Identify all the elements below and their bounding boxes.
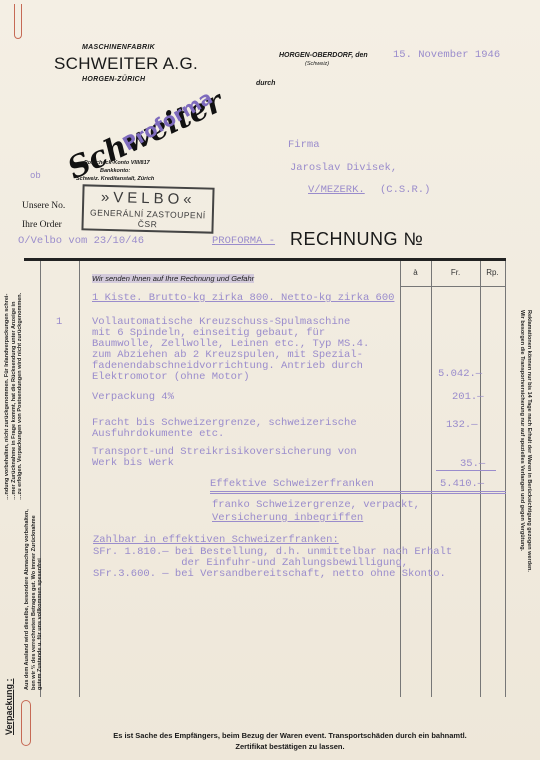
intro-text: Wir senden Ihnen auf Ihre Rechnung und G… xyxy=(92,274,254,283)
grid-line xyxy=(505,261,506,697)
durch-label: durch xyxy=(256,80,275,87)
bank-name: Schweiz. Kreditanstalt, Zürich xyxy=(76,176,154,182)
payment-line: SFr.3.600. — bei Versandbereitschaft, ne… xyxy=(93,569,446,580)
right-side-note: Reklamationen können nur bis 14 Tage nac… xyxy=(519,310,532,630)
item-description: Vollautomatische Kreuzschuss-Spulmaschin… xyxy=(92,317,369,383)
insurance-label: Transport-und Streikrisikoversicherung v… xyxy=(92,447,357,469)
paper-clip-mark-bottom xyxy=(21,700,31,746)
freight-amount: 132.— xyxy=(446,420,478,431)
letterhead-maschinenfabrik: MASCHINENFABRIK xyxy=(82,44,155,51)
footer-line: Es ist Sache des Empfängers, beim Bezug … xyxy=(40,730,540,741)
left-side-note-bottom: Aus dem Ausland wird dieselbe, besondere… xyxy=(24,490,44,690)
left-side-note-top: …ndung vorbehalten, nicht zurückgenommen… xyxy=(4,260,24,500)
place-label: HORGEN-OBERDORF, den xyxy=(279,52,368,59)
header-rule xyxy=(400,286,505,287)
letterhead-location: HORGEN-ZÜRICH xyxy=(82,76,145,83)
total-double-rule xyxy=(210,491,506,494)
proforma-prefix: PROFORMA - xyxy=(212,236,275,247)
grid-line xyxy=(400,261,401,697)
recipient-city: V/MEZERK. xyxy=(308,185,365,196)
column-header-rappen: Rp. xyxy=(480,268,505,277)
velbo-stamp-line1: »VELBO« xyxy=(84,188,212,208)
item-quantity: 1 xyxy=(56,317,62,328)
postcheck-konto: Postcheck-Konto VIII/817 xyxy=(84,160,150,166)
description-line: Elektromotor (ohne Motor) xyxy=(92,372,369,383)
recipient-country: (C.S.R.) xyxy=(380,185,430,196)
total-amount: 5.410.— xyxy=(440,479,484,490)
recipient-name: Jaroslav Divisek, xyxy=(290,163,397,174)
verpackung-heading: Verpackung : xyxy=(6,678,13,735)
grid-line xyxy=(79,261,80,697)
ihre-order-label: Ihre Order xyxy=(22,220,62,230)
package-line: 1 Kiste. Brutto-kg zirka 800. Netto-kg z… xyxy=(92,293,394,304)
terms-line: Versicherung inbegriffen xyxy=(212,513,363,524)
packaging-amount: 201.— xyxy=(452,392,484,403)
total-label: Effektive Schweizerfranken xyxy=(210,479,374,490)
packaging-label: Verpackung 4% xyxy=(92,392,174,403)
recipient-firma: Firma xyxy=(288,140,320,151)
margin-note: ob xyxy=(30,171,41,182)
paper-clip-mark xyxy=(14,4,22,39)
column-header-francs: Fr. xyxy=(431,268,480,277)
machine-amount: 5.042.— xyxy=(438,369,482,380)
bank-label: Bankkonto: xyxy=(100,168,130,174)
table-top-rule xyxy=(24,258,506,261)
country-label: (Schweiz) xyxy=(305,61,329,67)
insurance-amount: 35.— xyxy=(460,459,485,470)
velbo-stamp-line2: GENERÁLNÍ ZASTOUPENÍ ČSR xyxy=(83,207,211,230)
unsere-no-label: Unsere No. xyxy=(22,201,65,211)
payment-header: Zahlbar in effektiven Schweizerfranken: xyxy=(93,535,339,546)
company-name: SCHWEITER A.G. xyxy=(54,54,198,74)
freight-label: Fracht bis Schweizergrenze, schweizerisc… xyxy=(92,418,357,440)
grid-line xyxy=(431,261,432,697)
velbo-stamp: »VELBO« GENERÁLNÍ ZASTOUPENÍ ČSR xyxy=(81,184,214,233)
footer-note: Es ist Sache des Empfängers, beim Bezug … xyxy=(40,730,540,752)
footer-line: Zertifikat bestätigen zu lassen. xyxy=(40,741,540,752)
column-header-unit-price: à xyxy=(400,268,431,277)
subtotal-rule xyxy=(436,470,496,471)
invoice-title: RECHNUNG № xyxy=(290,229,423,250)
terms-line: franko Schweizergrenze, verpackt, xyxy=(212,500,420,511)
invoice-document: MASCHINENFABRIK SCHWEITER A.G. HORGEN-ZÜ… xyxy=(0,0,540,760)
order-reference: O/Velbo vom 23/10/46 xyxy=(18,236,144,247)
invoice-date: 15. November 1946 xyxy=(393,50,500,61)
